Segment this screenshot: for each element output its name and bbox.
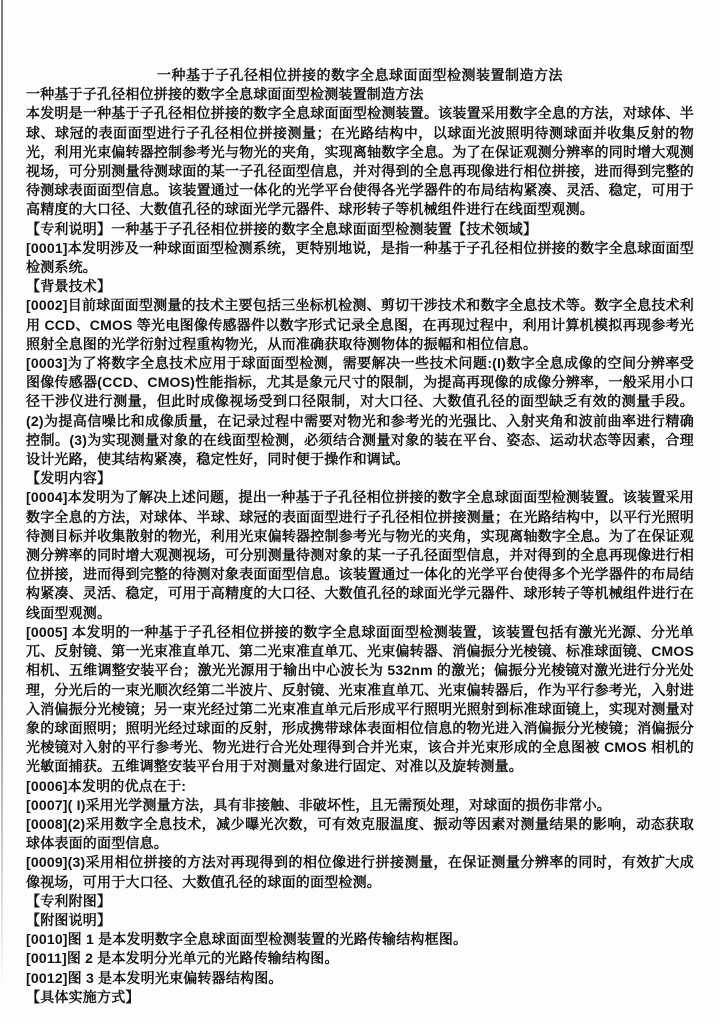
paragraph: [0008](2)采用数字全息技术，减少曝光次数，可有效克服温度、振动等因素对测… — [26, 815, 694, 853]
paragraph: [0009](3)采用相位拼接的方法对再现得到的相位像进行拼接测量，在保证测量分… — [26, 853, 694, 891]
paragraph: 【发明内容】 — [26, 469, 694, 488]
paragraph: [0001]本发明涉及一种球面面型检测系统，更特别地说，是指一种基于子孔径相位拼… — [26, 239, 694, 277]
paragraph: [0012]图 3 是本发明光束偏转器结构图。 — [26, 969, 694, 988]
paragraph: [0004]本发明为了解决上述问题，提出一种基于子孔径相位拼接的数字全息球面面型… — [26, 488, 694, 622]
scan-edge-line — [1, 0, 3, 990]
paragraph: 【附图说明】 — [26, 911, 694, 930]
document-content: 一种基于子孔径相位拼接的数字全息球面面型检测装置制造方法 一种基于子孔径相位拼接… — [26, 66, 694, 1007]
page-title: 一种基于子孔径相位拼接的数字全息球面面型检测装置制造方法 — [26, 66, 694, 85]
paragraph: [0005] 本发明的一种基于子孔径相位拼接的数字全息球面面型检测装置，该装置包… — [26, 623, 694, 777]
paragraph: 本发明是一种基于子孔径相位拼接的数字全息球面面型检测装置。该装置采用数字全息的方… — [26, 104, 694, 219]
paragraph: 【具体实施方式】 — [26, 988, 694, 1007]
paragraph: 【专利附图】 — [26, 892, 694, 911]
paragraph: 一种基于子孔径相位拼接的数字全息球面面型检测装置制造方法 — [26, 85, 694, 104]
patent-document-page: 一种基于子孔径相位拼接的数字全息球面面型检测装置制造方法 一种基于子孔径相位拼接… — [0, 0, 720, 1018]
paragraph: [0003]为了将数字全息技术应用于球面面型检测，需要解决一些技术问题:(I)数… — [26, 354, 694, 469]
paragraph: [0010]图 1 是本发明数字全息球面面型检测装置的光路传输结构框图。 — [26, 930, 694, 949]
document-body: 一种基于子孔径相位拼接的数字全息球面面型检测装置制造方法本发明是一种基于子孔径相… — [26, 85, 694, 1007]
paragraph: [0002]目前球面面型测量的技术主要包括三坐标机检测、剪切干涉技术和数字全息技… — [26, 296, 694, 354]
paragraph: 【专利说明】一种基于子孔径相位拼接的数字全息球面面型检测装置【技术领域】 — [26, 220, 694, 239]
paragraph: [0007]( I)采用光学测量方法，具有非接触、非破坏性，且无需预处理，对球面… — [26, 796, 694, 815]
paragraph: 【背景技术】 — [26, 277, 694, 296]
paragraph: [0006]本发明的优点在于: — [26, 777, 694, 796]
paragraph: [0011]图 2 是本发明分光单元的光路传输结构图。 — [26, 949, 694, 968]
